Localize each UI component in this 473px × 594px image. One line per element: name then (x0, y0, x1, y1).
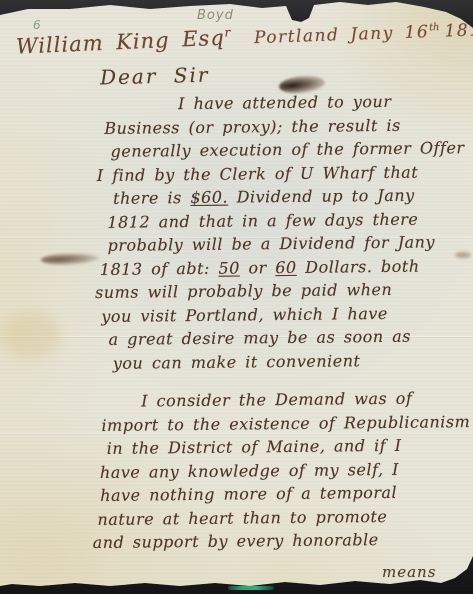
pencil-annotation: Boyd (197, 8, 234, 23)
scan-background: 6 Boyd Portland Jany 16th1813 William Ki… (0, 0, 473, 594)
line-text: you visit Portland, which I have (101, 303, 388, 325)
dateline-year: 1813 (444, 20, 473, 42)
underlined-amount: 50 (218, 258, 240, 277)
line-text: import to the existence of Republicanism (101, 412, 470, 435)
handwritten-line: and support by every honorable (5, 527, 473, 555)
line-text: you can make it convenient (113, 351, 361, 373)
line-text: have any knowledge of my self, I (100, 459, 399, 481)
dateline-ordinal: th (429, 22, 440, 33)
recipient-address: William King Esqr (16, 25, 231, 58)
dateline-text: Portland Jany 16 (254, 22, 430, 48)
line-text: nature at heart than to promote (97, 506, 387, 528)
line-text: there is (113, 188, 191, 208)
salutation: Dear Sir (100, 63, 210, 90)
line-text: Dividend up to Jany (228, 186, 415, 207)
letter-body: I have attended to your Business (or pro… (0, 89, 473, 555)
line-text: have nothing more of a temporal (100, 483, 397, 505)
line-text: generally execution of the former Offer (111, 138, 465, 161)
line-text: a great desire may be as soon as (108, 327, 411, 349)
line-text: I have attended to your (178, 92, 392, 113)
underlined-amount: $60. (190, 188, 228, 207)
handwritten-line: a great desire may be as soon as (2, 324, 473, 352)
scanner-artifact-strip (228, 586, 274, 590)
line-text: I find by the Clerk of U Wharf that (97, 162, 419, 184)
handwritten-line: import to the existence of Republicanism (3, 410, 473, 438)
line-text: and support by every honorable (93, 530, 379, 552)
dateline: Portland Jany 16th1813 (254, 20, 473, 48)
handwritten-line: you can make it convenient (3, 348, 473, 376)
line-text: 1812 and that in a few days there (107, 209, 418, 231)
recipient-name: William King Esq (16, 26, 226, 59)
pencil-page-number: 6 (33, 18, 41, 32)
line-text: or (240, 258, 276, 277)
underlined-amount: 60 (275, 257, 297, 276)
line-text: sums will probably be paid when (95, 280, 392, 302)
line-text: Business (or proxy); the result is (104, 115, 401, 137)
catchword: means (382, 563, 436, 581)
line-text: I consider the Demand was of (141, 389, 412, 411)
handwritten-line: 1813 of abt: 50 or 60 Dollars. both (2, 254, 473, 282)
line-text: 1813 of abt: (100, 258, 219, 278)
line-text: Dollars. both (297, 256, 420, 276)
recipient-ordinal: r (224, 25, 230, 39)
line-text: probably will be a Dividend for Jany (107, 232, 435, 254)
letter-page: 6 Boyd Portland Jany 16th1813 William Ki… (0, 0, 473, 594)
line-text: in the District of Maine, and if I (107, 436, 402, 458)
